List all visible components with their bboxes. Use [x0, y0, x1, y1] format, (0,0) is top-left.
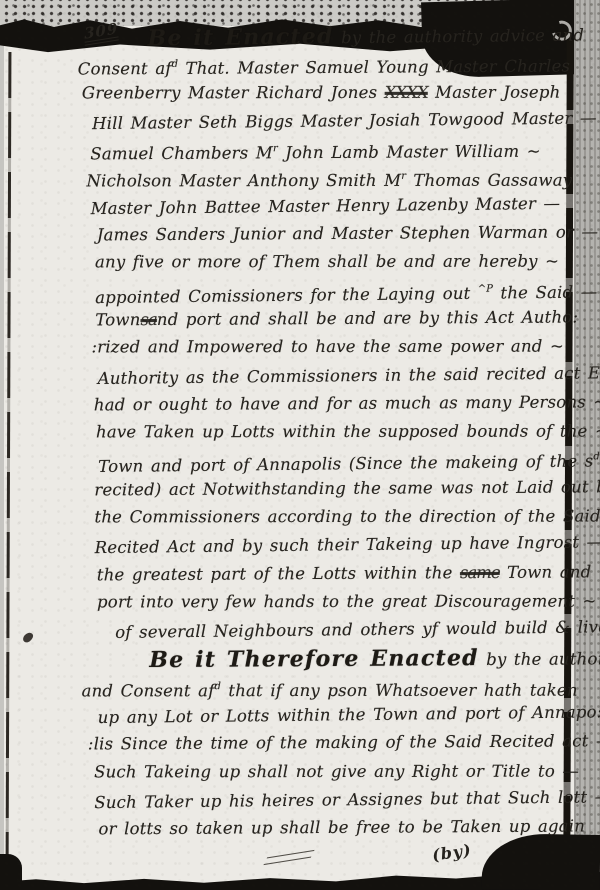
handwritten-text: XXXX: [385, 82, 428, 101]
manuscript-lines: Be it Enacted by the authority advice an…: [75, 21, 568, 845]
manuscript-line: the Commissioners according to the direc…: [78, 503, 566, 532]
handwritten-text: by the authority advice: [479, 648, 600, 668]
handwritten-text: sa: [140, 310, 156, 329]
enacting-clause-text: Be it Enacted: [147, 23, 333, 51]
handwritten-text: John Lamb Master William ~: [278, 142, 541, 163]
manuscript-line: Townsand port and shall be and are by th…: [77, 303, 565, 334]
manuscript-line: recited) act Notwithstanding the same wa…: [78, 473, 566, 504]
handwritten-text: Samuel Chambers M: [90, 143, 273, 163]
manuscript-line: had or ought to have and for as much as …: [78, 388, 566, 419]
handwritten-text: that if any pson Whatsoever hath taken: [221, 680, 578, 700]
manuscript-line: :lis Since the time of the making of the…: [80, 728, 568, 759]
manuscript-line: Master John Battee Master Henry Lazenby …: [76, 190, 564, 224]
handwritten-text: Master John Battee Master Henry Lazenby …: [91, 194, 561, 218]
manuscript-line: Greenberry Master Richard Jones XXXX Mas…: [76, 78, 564, 107]
manuscript-scan: 309 Be it Enacted by the authority advic…: [0, 0, 600, 890]
handwritten-text: d: [593, 452, 600, 463]
handwritten-text: recited) act Notwithstanding the same wa…: [94, 477, 600, 499]
manuscript-line: Hill Master Seth Biggs Master Josiah Tow…: [76, 105, 564, 139]
handwritten-text: the Said —: [493, 282, 598, 302]
handwritten-text: ^P: [478, 283, 493, 294]
handwritten-text: Such Takeing up shall not give any Right…: [94, 761, 579, 781]
manuscript-line: Such Takeing up shall not give any Right…: [80, 757, 568, 786]
manuscript-line: Be it Enacted by the authority advice an…: [75, 20, 563, 54]
handwritten-text: had or ought to have and for as much as …: [94, 392, 600, 414]
handwritten-text: same: [460, 563, 500, 582]
handwritten-text: Town: [95, 310, 140, 329]
handwritten-text: the greatest part of the Lotts within th…: [97, 563, 460, 584]
manuscript-line: :rized and Impowered to have the same po…: [77, 333, 565, 362]
manuscript-line: Samuel Chambers Mr John Lamb Master Will…: [76, 134, 564, 165]
handwritten-text: appointed Comissioners for the Laying ou…: [95, 283, 478, 306]
handwritten-text: of severall Neighbours and others yf wou…: [115, 617, 600, 642]
manuscript-line: Consent afd That. Master Samuel Young Ma…: [76, 49, 564, 80]
manuscript-line: James Sanders Junior and Master Stephen …: [77, 219, 565, 250]
handwritten-text: the Commissioners according to the direc…: [95, 507, 600, 527]
manuscript-line: and Consent afd that if any pson Whatsoe…: [80, 672, 568, 701]
handwritten-text: and Consent af: [82, 681, 215, 700]
handwritten-text: :lis Since the time of the making of the…: [88, 732, 600, 754]
handwritten-text: Nicholson Master Anthony Smith M: [86, 171, 401, 191]
manuscript-line: have Taken up Lotts within the supposed …: [78, 418, 566, 447]
handwritten-text: Thomas Gassaway: [406, 171, 572, 190]
handwritten-text: by the authority advice and: [333, 26, 584, 48]
manuscript-line: Authority as the Commissioners in the sa…: [78, 359, 566, 393]
manuscript-line: Recited Act and by such their Takeing up…: [79, 529, 567, 563]
handwritten-text: :rized and Impowered to have the same po…: [91, 337, 564, 357]
manuscript-line: port into very few hands to the great Di…: [79, 588, 567, 617]
manuscript-line: the greatest part of the Lotts within th…: [79, 558, 567, 589]
handwritten-text: Authority as the Commissioners in the sa…: [98, 363, 600, 388]
manuscript-line: up any Lot or Lotts within the Town and …: [80, 699, 568, 733]
handwritten-text: up any Lot or Lotts within the Town and …: [98, 702, 600, 727]
handwritten-text: Hill Master Seth Biggs Master Josiah Tow…: [92, 108, 597, 133]
handwritten-text: Master Joseph: [428, 82, 561, 101]
manuscript-line: or lotts so taken up shall be free to be…: [80, 813, 568, 844]
manuscript-line: any five or more of Them shall be and ar…: [77, 248, 565, 277]
handwritten-text: That. Master Samuel Young Master Charles: [178, 57, 570, 78]
handwritten-text: Greenberry Master Richard Jones: [82, 82, 385, 102]
handwritten-text: Recited Act and by such their Takeing up…: [95, 533, 600, 558]
manuscript-line: of severall Neighbours and others yf wou…: [79, 614, 567, 648]
handwritten-text: Such Taker up his heires or Assignes but…: [94, 787, 600, 812]
handwritten-text: port into very few hands to the great Di…: [97, 591, 597, 611]
manuscript-line: Nicholson Master Anthony Smith Mr Thomas…: [76, 163, 564, 192]
photostat-bottom-left-corner-blot: [0, 854, 22, 890]
handwritten-text: or lotts so taken up shall be free to be…: [98, 817, 585, 839]
handwritten-text: nd port and shall be and are by this Act…: [157, 307, 578, 329]
handwritten-text: James Sanders Junior and Master Stephen …: [97, 222, 598, 244]
enacting-clause-text: Be it Therefore Enacted: [149, 645, 478, 673]
manuscript-line: Such Taker up his heires or Assignes but…: [80, 784, 568, 818]
handwritten-text: have Taken up Lotts within the supposed …: [96, 422, 600, 442]
handwritten-text: Consent af: [78, 59, 172, 79]
handwritten-text: any five or more of Them shall be and ar…: [95, 252, 559, 272]
manuscript-line: appointed Comissioners for the Laying ou…: [77, 274, 565, 308]
handwritten-text: Town and ~: [500, 562, 600, 582]
manuscript-line: Be it Therefore Enacted by the authority…: [79, 643, 567, 674]
